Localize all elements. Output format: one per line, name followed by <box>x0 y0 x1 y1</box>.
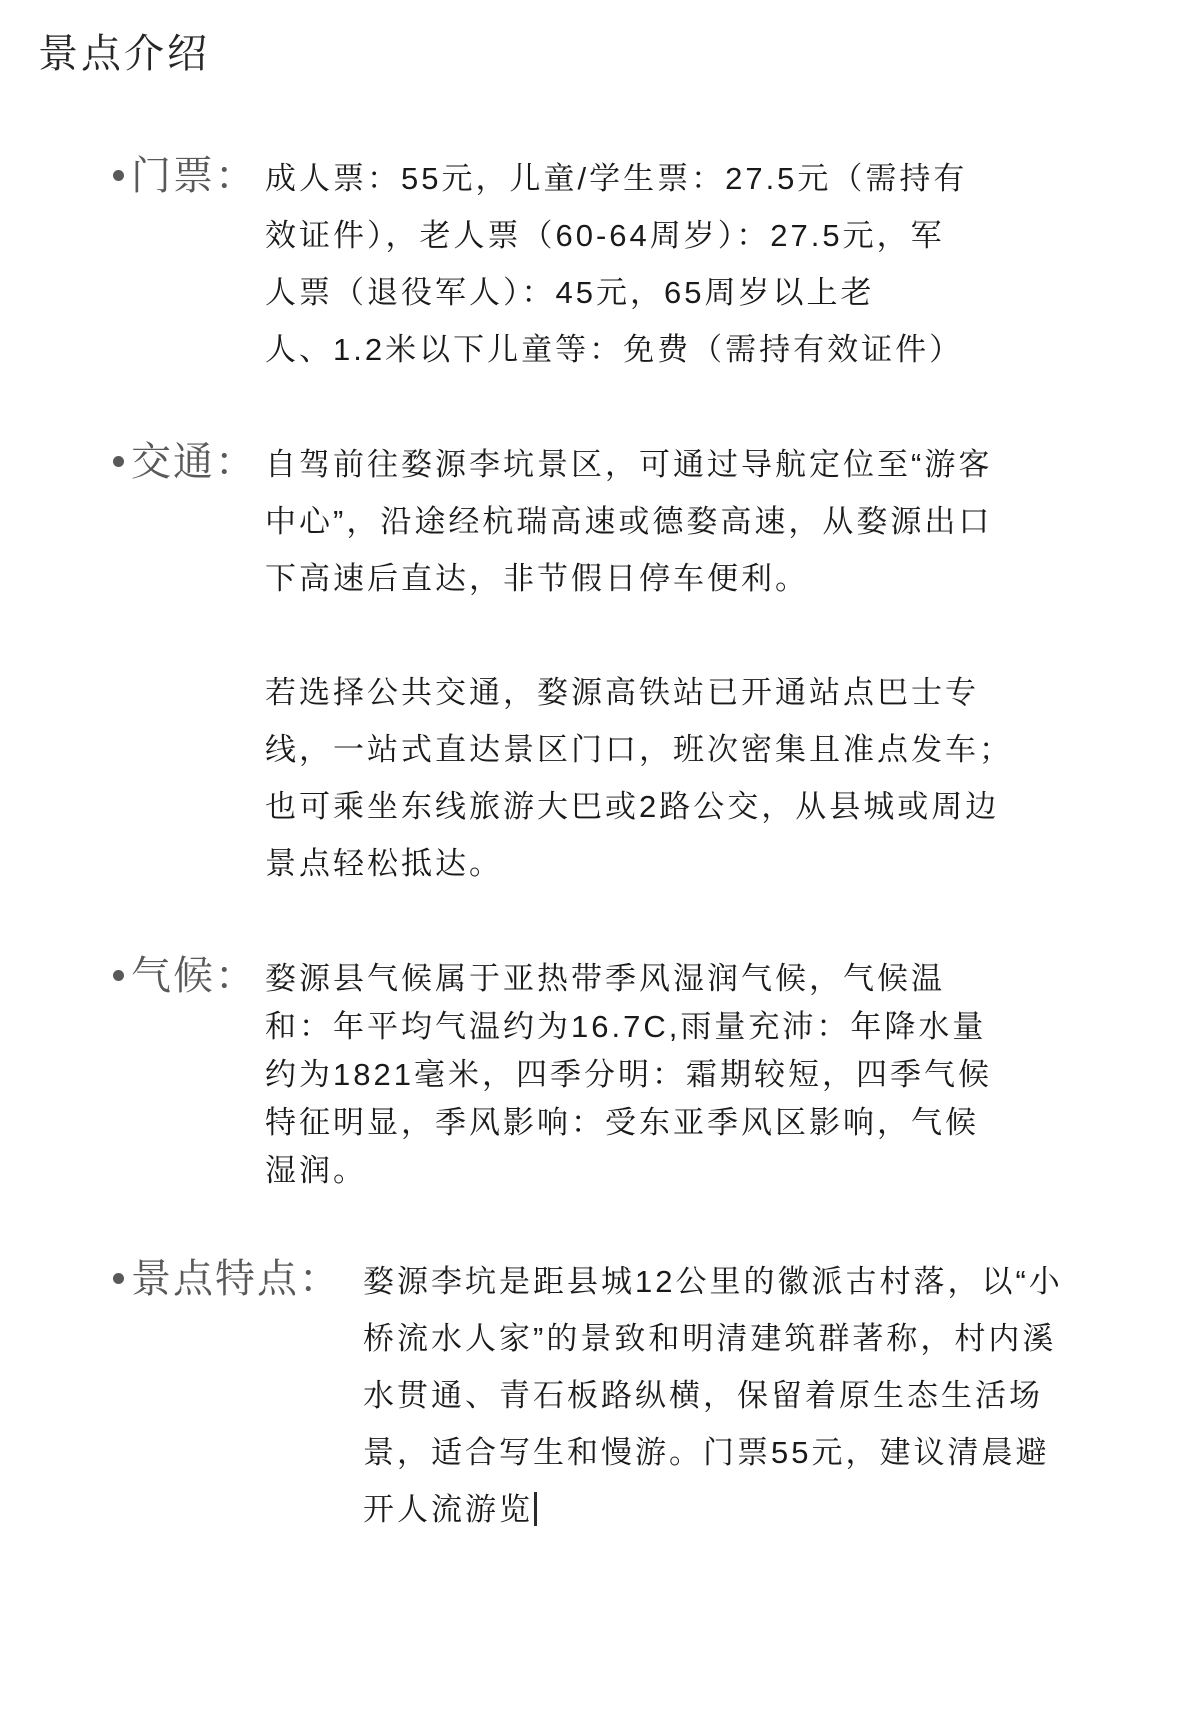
page-title: 景点介绍 <box>38 26 1149 82</box>
paragraph[interactable]: 婺源李坑是距县城12公里的徽派古村落，以“小 桥流水人家”的景致和明清建筑群著称… <box>363 1253 1149 1538</box>
bullet-icon <box>113 970 124 981</box>
section-label-transport: 交通： <box>131 434 265 491</box>
section-content-features: 婺源李坑是距县城12公里的徽派古村落，以“小 桥流水人家”的景致和明清建筑群著称… <box>363 1253 1149 1538</box>
bullet-item-transport: 交通： 自驾前往婺源李坑景区，可通过导航定位至“游客 中心”，沿途经杭瑞高速或德… <box>38 434 1149 892</box>
section-label-climate: 气候： <box>131 948 265 1005</box>
section-content-tickets: 成人票：55元，儿童/学生票：27.5元（需持有 效证件），老人票（60-64周… <box>265 150 1149 378</box>
section-content-climate: 婺源县气候属于亚热带季风湿润气候，气候温 和：年平均气温约为16.7C,雨量充沛… <box>265 955 1149 1195</box>
paragraph[interactable]: 若选择公共交通，婺源高铁站已开通站点巴士专 线，一站式直达景区门口，班次密集且准… <box>265 664 1149 892</box>
section-label-tickets: 门票： <box>131 148 265 205</box>
bullet-item-tickets: 门票： 成人票：55元，儿童/学生票：27.5元（需持有 效证件），老人票（60… <box>38 148 1149 378</box>
section-label-features: 景点特点： <box>131 1251 363 1308</box>
section-content-transport: 自驾前往婺源李坑景区，可通过导航定位至“游客 中心”，沿途经杭瑞高速或德婺高速，… <box>265 436 1149 892</box>
paragraph[interactable]: 成人票：55元，儿童/学生票：27.5元（需持有 效证件），老人票（60-64周… <box>265 150 1149 378</box>
text-cursor <box>534 1492 537 1526</box>
paragraph[interactable]: 婺源县气候属于亚热带季风湿润气候，气候温 和：年平均气温约为16.7C,雨量充沛… <box>265 955 1149 1195</box>
paragraph-text[interactable]: 婺源李坑是距县城12公里的徽派古村落，以“小 桥流水人家”的景致和明清建筑群著称… <box>363 1264 1063 1527</box>
bullet-item-features: 景点特点： 婺源李坑是距县城12公里的徽派古村落，以“小 桥流水人家”的景致和明… <box>38 1251 1149 1538</box>
bullet-icon <box>113 1273 124 1284</box>
bullet-item-climate: 气候： 婺源县气候属于亚热带季风湿润气候，气候温 和：年平均气温约为16.7C,… <box>38 948 1149 1195</box>
bullet-icon <box>113 170 124 181</box>
bullet-icon <box>113 456 124 467</box>
bullet-list: 门票： 成人票：55元，儿童/学生票：27.5元（需持有 效证件），老人票（60… <box>38 148 1149 1538</box>
paragraph[interactable]: 自驾前往婺源李坑景区，可通过导航定位至“游客 中心”，沿途经杭瑞高速或德婺高速，… <box>265 436 1149 607</box>
document-page[interactable]: 景点介绍 门票： 成人票：55元，儿童/学生票：27.5元（需持有 效证件），老… <box>0 0 1179 1712</box>
